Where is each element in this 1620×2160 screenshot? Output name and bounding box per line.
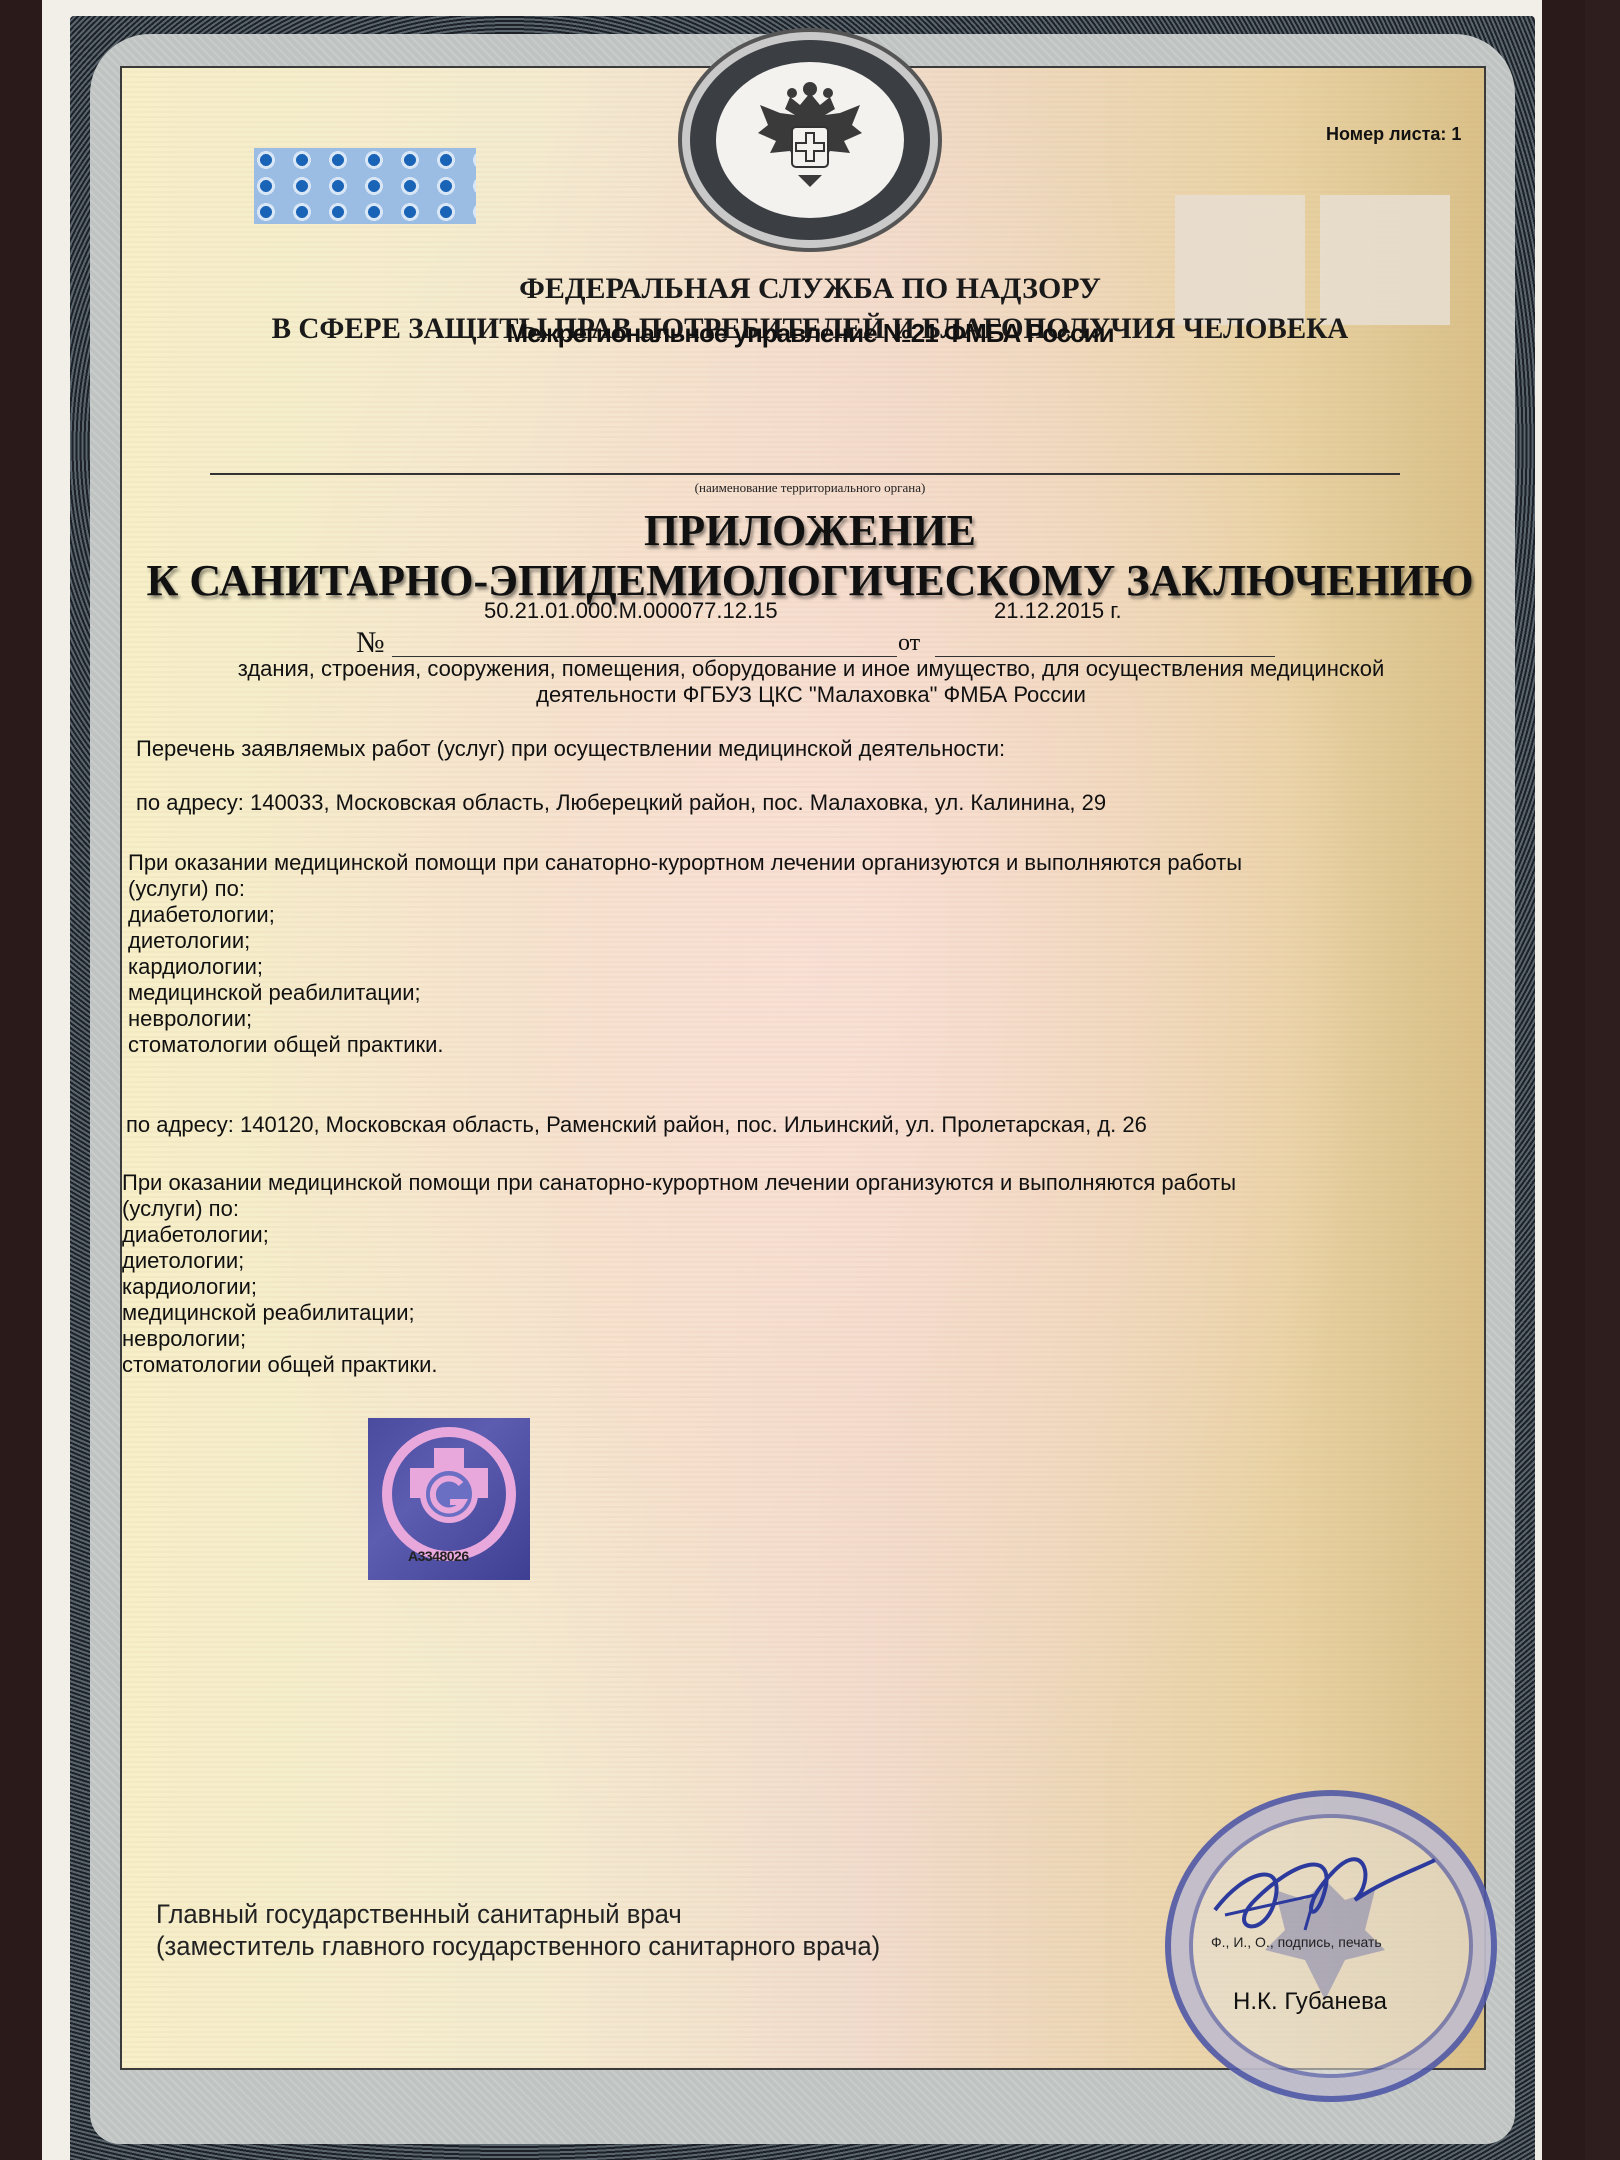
subject-line: здания, строения, сооружения, помещения,… <box>126 656 1496 682</box>
section-1-services: При оказании медицинской помощи при сана… <box>128 850 1242 1058</box>
signatory-title-line: (заместитель главного государственного с… <box>156 1930 880 1962</box>
document-number: 50.21.01.000.М.000077.12.15 <box>484 598 778 624</box>
list-item: кардиологии; <box>128 954 1242 980</box>
official-stamp: Ф., И., О., подпись, печать Н.К. Губанев… <box>1165 1790 1497 2102</box>
signatory-title: Главный государственный санитарный врач … <box>156 1898 880 1962</box>
emblem-medallion <box>690 40 930 240</box>
hologram-serial: А3348026 <box>408 1548 469 1564</box>
list-item: стоматологии общей практики. <box>122 1352 1236 1378</box>
list-item: диетологии; <box>122 1248 1236 1274</box>
list-item: диабетологии; <box>128 902 1242 928</box>
list-item: диетологии; <box>128 928 1242 954</box>
services-intro: (услуги) по: <box>128 876 1242 902</box>
section-2-services: При оказании медицинской помощи при сана… <box>122 1170 1236 1378</box>
signature-fields-caption: Ф., И., О., подпись, печать <box>1211 1934 1382 1950</box>
list-item: неврологии; <box>128 1006 1242 1032</box>
section-1-address: по адресу: 140033, Московская область, Л… <box>136 790 1106 816</box>
page-subtitle: К САНИТАРНО-ЭПИДЕМИОЛОГИЧЕСКОМУ ЗАКЛЮЧЕН… <box>0 555 1620 606</box>
services-intro: (услуги) по: <box>122 1196 1236 1222</box>
certificate-body <box>120 66 1486 2070</box>
agency-name-line1: ФЕДЕРАЛЬНАЯ СЛУЖБА ПО НАДЗОРУ <box>0 272 1620 306</box>
list-item: медицинской реабилитации; <box>128 980 1242 1006</box>
works-heading: Перечень заявляемых работ (услуг) при ос… <box>136 736 1005 762</box>
security-hologram-strip <box>254 148 476 224</box>
territorial-caption: (наименование территориального органа) <box>0 480 1620 496</box>
section-2-address: по адресу: 140120, Московская область, Р… <box>126 1112 1147 1138</box>
document-date: 21.12.2015 г. <box>994 598 1122 624</box>
subject-description: здания, строения, сооружения, помещения,… <box>126 656 1496 708</box>
signatory-name: Н.К. Губанева <box>1233 1988 1387 2016</box>
list-item: диабетологии; <box>122 1222 1236 1248</box>
territorial-underline <box>210 473 1400 475</box>
territorial-body: Межрегиональное управление №21 ФМБА Росс… <box>0 318 1620 349</box>
date-label: от <box>898 630 920 657</box>
subject-line: деятельности ФГБУЗ ЦКС "Малаховка" ФМБА … <box>126 682 1496 708</box>
list-item: медицинской реабилитации; <box>122 1300 1236 1326</box>
page-title: ПРИЛОЖЕНИЕ <box>0 505 1620 556</box>
double-headed-eagle-icon <box>716 62 904 218</box>
services-intro: При оказании медицинской помощи при сана… <box>122 1170 1236 1196</box>
list-item: стоматологии общей практики. <box>128 1032 1242 1058</box>
hologram-sticker: А3348026 <box>368 1418 530 1580</box>
list-item: кардиологии; <box>122 1274 1236 1300</box>
signatory-title-line: Главный государственный санитарный врач <box>156 1898 880 1930</box>
page-number: Номер листа: 1 <box>1326 124 1461 145</box>
list-item: неврологии; <box>122 1326 1236 1352</box>
services-intro: При оказании медицинской помощи при сана… <box>128 850 1242 876</box>
number-label: № <box>356 626 385 660</box>
